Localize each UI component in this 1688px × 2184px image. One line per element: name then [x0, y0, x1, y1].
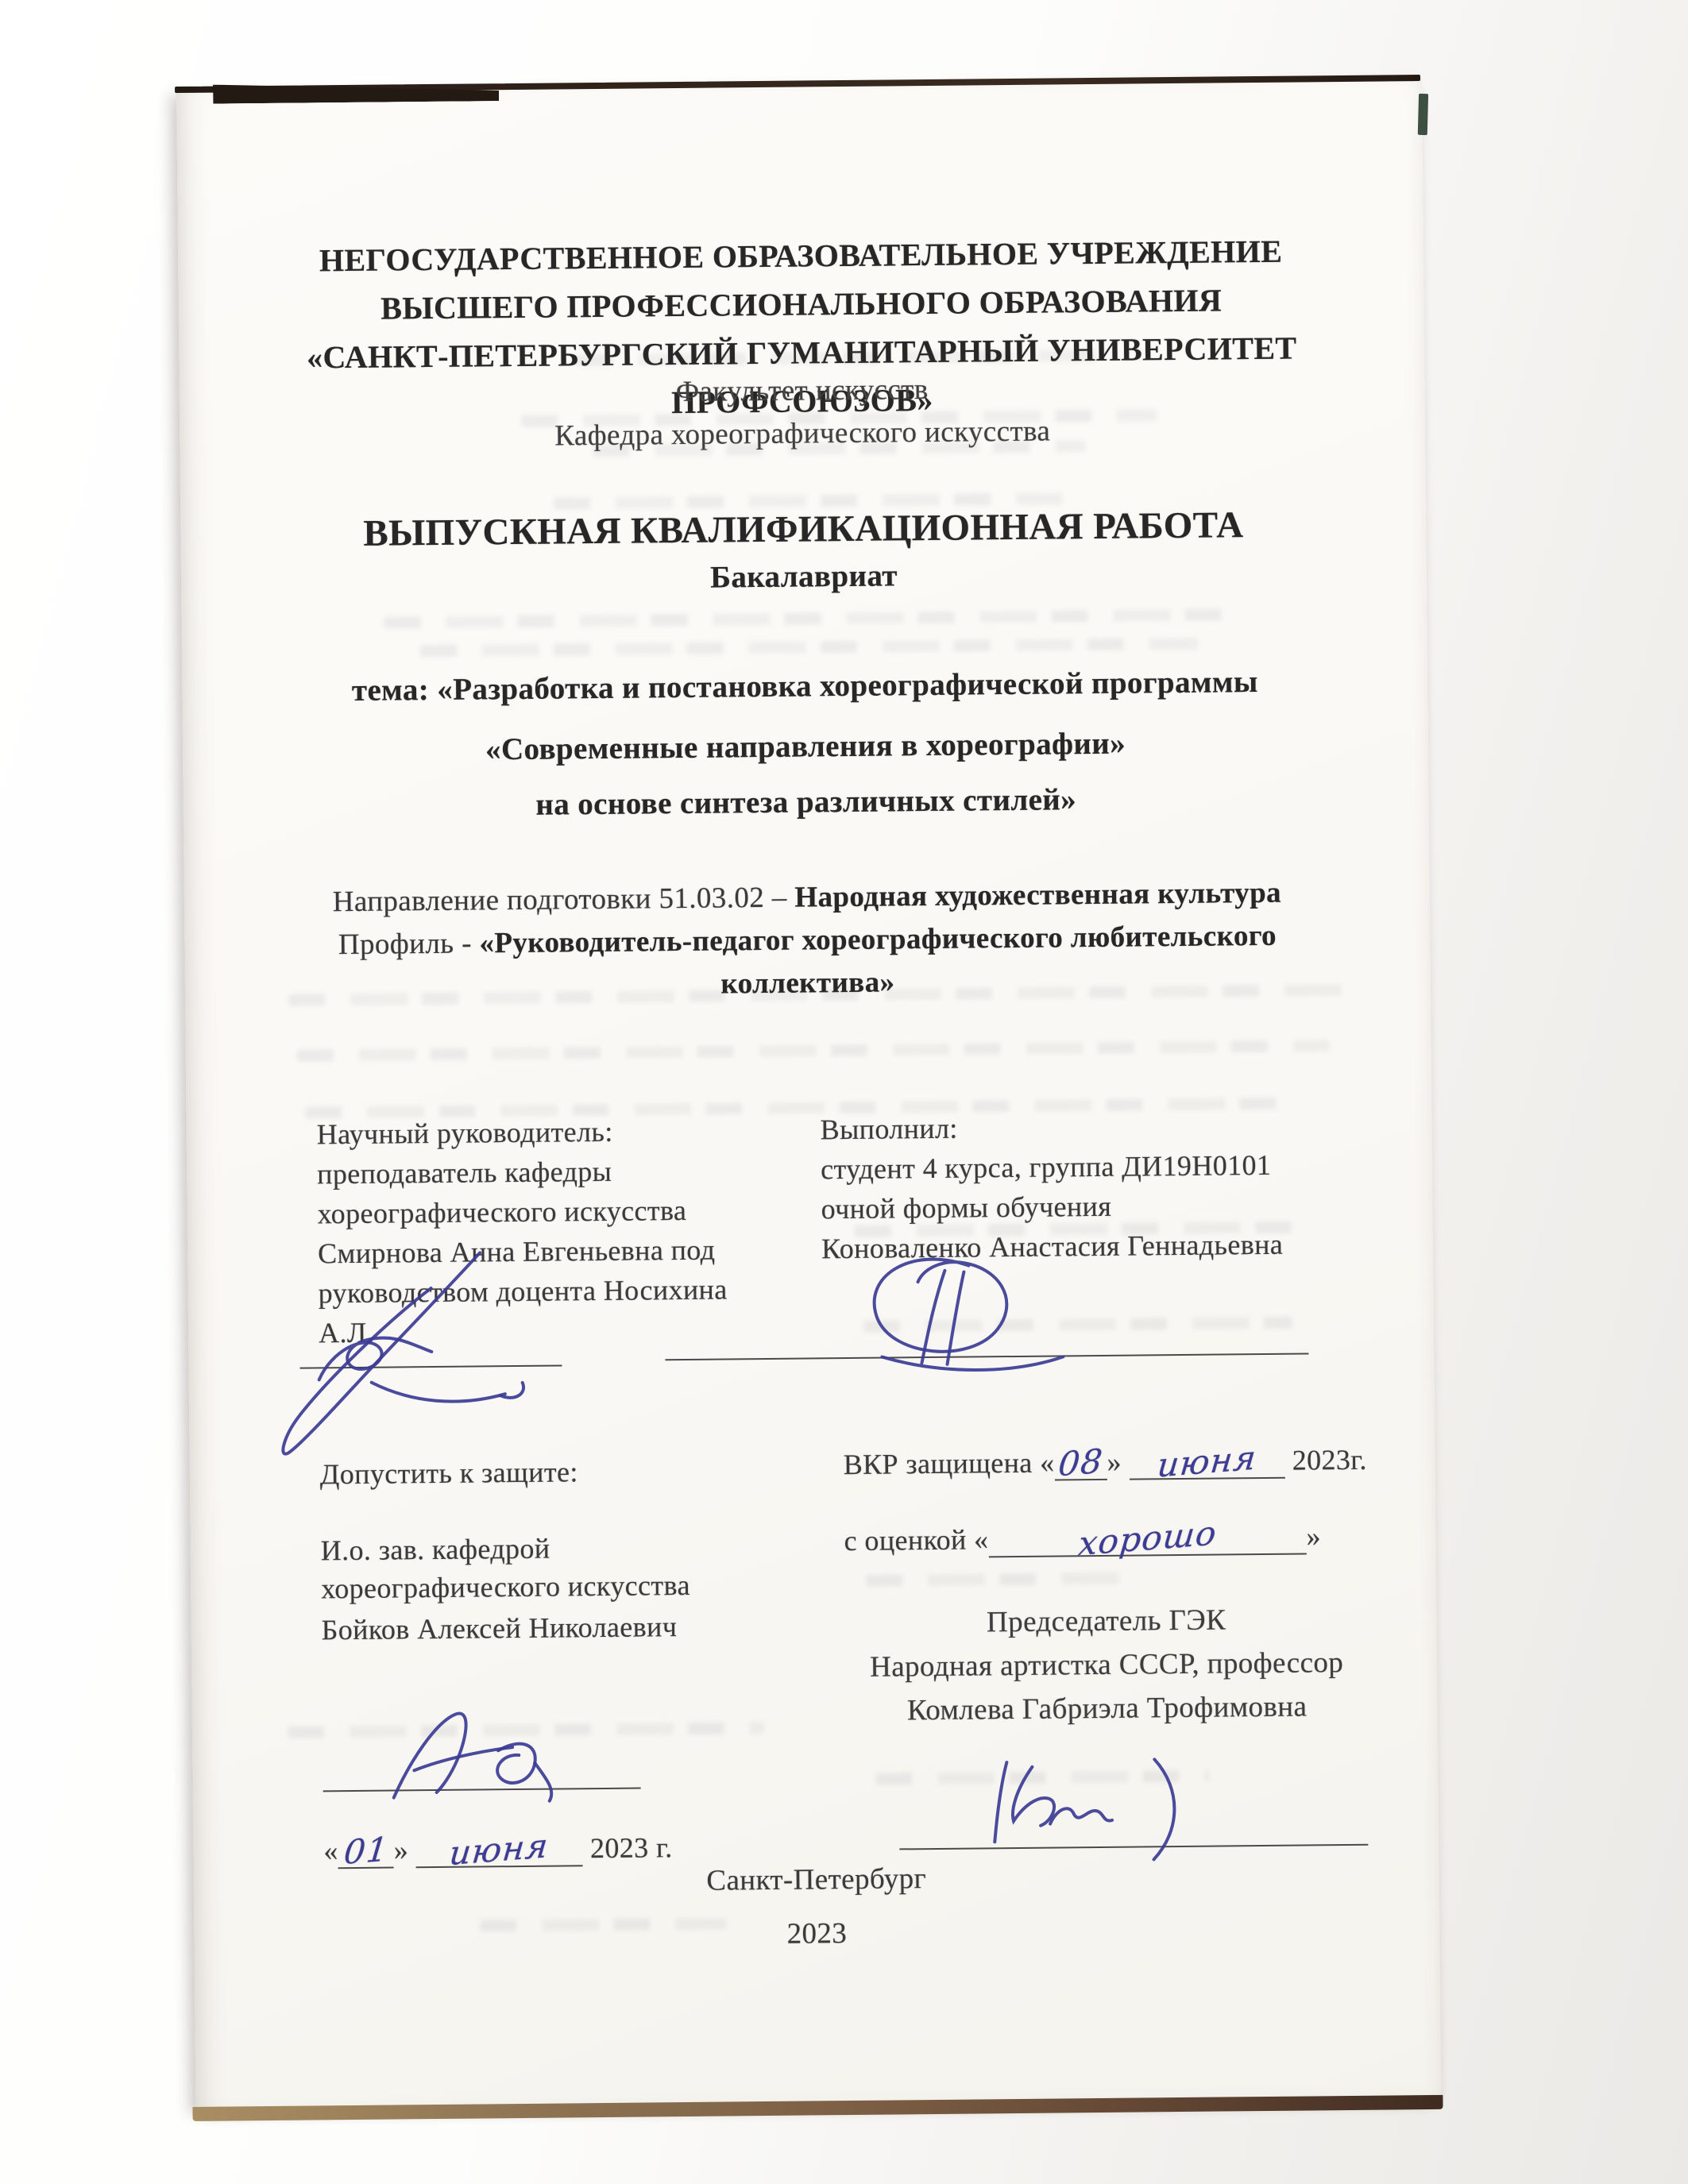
profile-value-line1: «Руководитель-педагог хореографического …: [479, 920, 1277, 960]
approval-date-row: « 01 » июня 2023 г.: [323, 1829, 673, 1869]
author-signature: [835, 1242, 1075, 1395]
date-close-quote: »: [394, 1833, 409, 1866]
committee-chair-name: Комлева Габриэла Трофимовна: [836, 1684, 1377, 1734]
date-month-handwritten: июня: [448, 1829, 550, 1870]
grade-close-quote: »: [1306, 1519, 1321, 1553]
committee-block: Председатель ГЭК Народная артистка СССР,…: [836, 1597, 1377, 1734]
grade-prefix: с оценкой «: [844, 1522, 988, 1557]
book-cover-edge-bottom: [192, 2095, 1443, 2121]
footer-year: 2023: [194, 1911, 1439, 1957]
supervisor-signature: [275, 1237, 579, 1463]
bleed-through-smudge: [866, 1572, 1128, 1587]
theme-line3: на основе синтеза различных стилей»: [183, 778, 1429, 826]
dept-head-signature: [379, 1702, 570, 1823]
supervisor-line: хореографического искусства: [317, 1189, 809, 1233]
grade-row: с оценкой « хорошо »: [844, 1518, 1321, 1559]
committee-title: Председатель ГЭК: [836, 1597, 1376, 1646]
author-line: очной формы обучения: [821, 1184, 1361, 1229]
date-open-quote: «: [323, 1834, 338, 1867]
bleed-through-smudge: [420, 638, 1199, 657]
defended-prefix: ВКР защищена «: [844, 1446, 1055, 1482]
defended-year: 2023г.: [1292, 1443, 1367, 1477]
bleed-through-smudge: [297, 1040, 1330, 1061]
profile-label: Профиль -: [338, 927, 480, 961]
author-line: студент 4 курса, группа ДИ19Н0101: [821, 1144, 1361, 1190]
faculty-block: Факультет искусств Кафедра хореографичес…: [180, 364, 1426, 461]
theme-line2: «Современные направления в хореографии»: [183, 723, 1428, 770]
work-type-title: ВЫПУСКНАЯ КВАЛИФИКАЦИОННАЯ РАБОТА: [180, 502, 1426, 557]
theme-line1: тема: «Разработка и постановка хореограф…: [182, 662, 1427, 710]
program-block: Направление подготовки 51.03.02 – Народн…: [184, 870, 1431, 1011]
program-value: Народная художественная культура: [794, 877, 1281, 914]
grade-handwritten: хорошо: [1077, 1517, 1219, 1561]
defended-month-line: июня: [1129, 1442, 1284, 1480]
degree-level: Бакалавриат: [181, 553, 1427, 600]
supervisor-title: Научный руководитель:: [316, 1109, 809, 1154]
dept-head-position-line1: И.о. зав. кафедрой: [321, 1532, 550, 1568]
grade-line: хорошо: [988, 1518, 1306, 1557]
date-day-handwritten: 01: [342, 1833, 390, 1870]
defended-month-handwritten: июня: [1156, 1441, 1258, 1483]
chair-signature: [967, 1746, 1207, 1876]
defended-row: ВКР защищена « 08 » июня 2023г.: [844, 1441, 1368, 1483]
bleed-through-smudge: [384, 608, 1234, 628]
dept-head-position-line2: хореографического искусства: [321, 1569, 690, 1605]
date-year: 2023 г.: [590, 1831, 673, 1865]
supervisor-line: преподаватель кафедры: [317, 1149, 809, 1194]
title-page: НЕГОСУДАРСТВЕННОЕ ОБРАЗОВАТЕЛЬНОЕ УЧРЕЖД…: [176, 78, 1441, 2109]
author-title: Выполнил:: [820, 1105, 1360, 1150]
defended-day-line: 08: [1054, 1444, 1107, 1481]
defended-close-quote: »: [1107, 1445, 1122, 1479]
photographed-thesis-title-page: НЕГОСУДАРСТВЕННОЕ ОБРАЗОВАТЕЛЬНОЕ УЧРЕЖД…: [0, 0, 1688, 2184]
defended-day-handwritten: 08: [1056, 1445, 1104, 1481]
dept-head-name: Бойков Алексей Николаевич: [321, 1610, 677, 1646]
date-day-line: 01: [338, 1832, 394, 1870]
committee-line1: Народная артистка СССР, профессор: [836, 1641, 1377, 1690]
date-month-line: июня: [415, 1830, 582, 1868]
cover-corner-mark: [1418, 94, 1428, 135]
program-label: Направление подготовки 51.03.02 –: [333, 882, 795, 919]
